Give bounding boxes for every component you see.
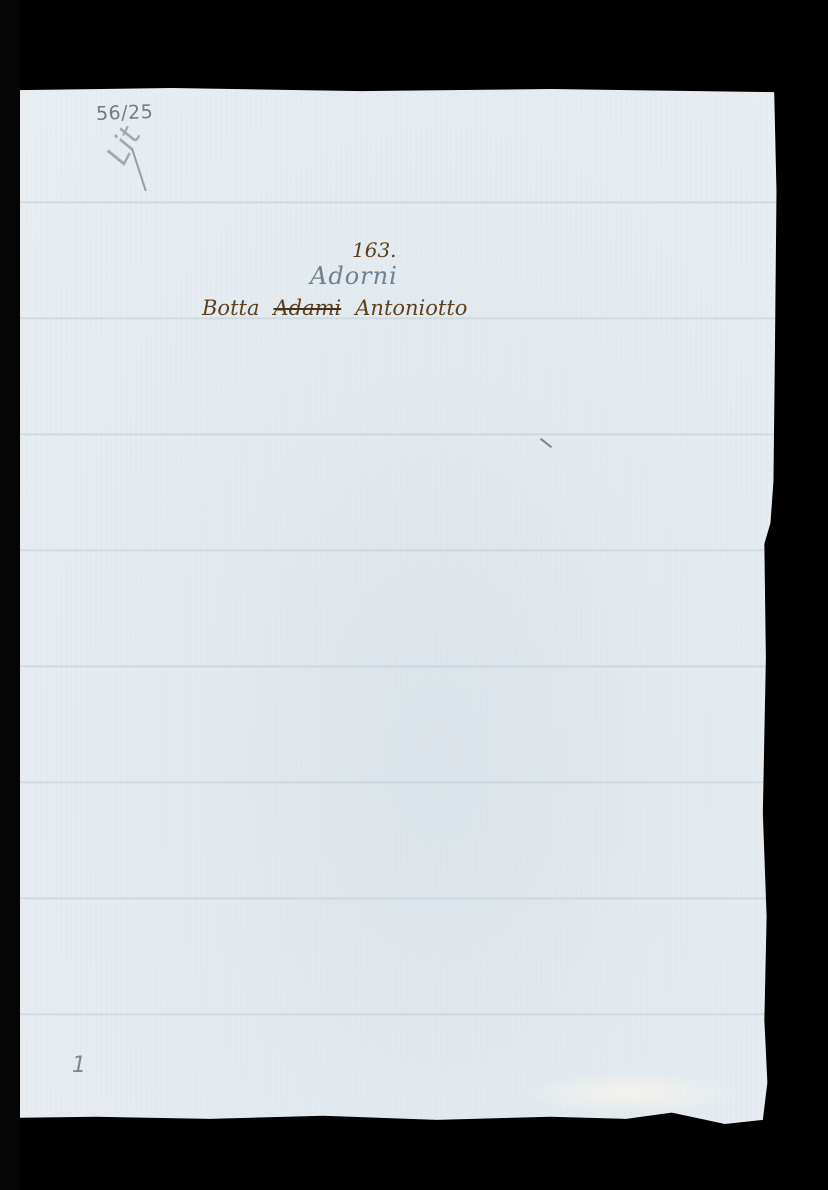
entry-number: 163.: [352, 238, 397, 262]
paper-edge-highlight: [520, 1073, 740, 1113]
folio-number: 1: [72, 1053, 86, 1078]
pencil-scribble: Lit: [100, 121, 148, 170]
name-word-antoniotto: Antoniotto: [355, 296, 467, 320]
scan-border: [0, 0, 20, 1190]
pencil-name-annotation: Adorni: [310, 262, 398, 290]
reference-number: 56/25: [96, 101, 154, 125]
entry-name-line: Botta Adami Antoniotto: [202, 296, 467, 320]
stray-pencil-mark: [540, 438, 552, 448]
name-word-botta: Botta: [202, 296, 259, 320]
manuscript-page: 56/25 Lit 163. Adorni Botta Adami Antoni…: [20, 88, 778, 1124]
name-word-adami-struck: Adami: [273, 296, 341, 320]
